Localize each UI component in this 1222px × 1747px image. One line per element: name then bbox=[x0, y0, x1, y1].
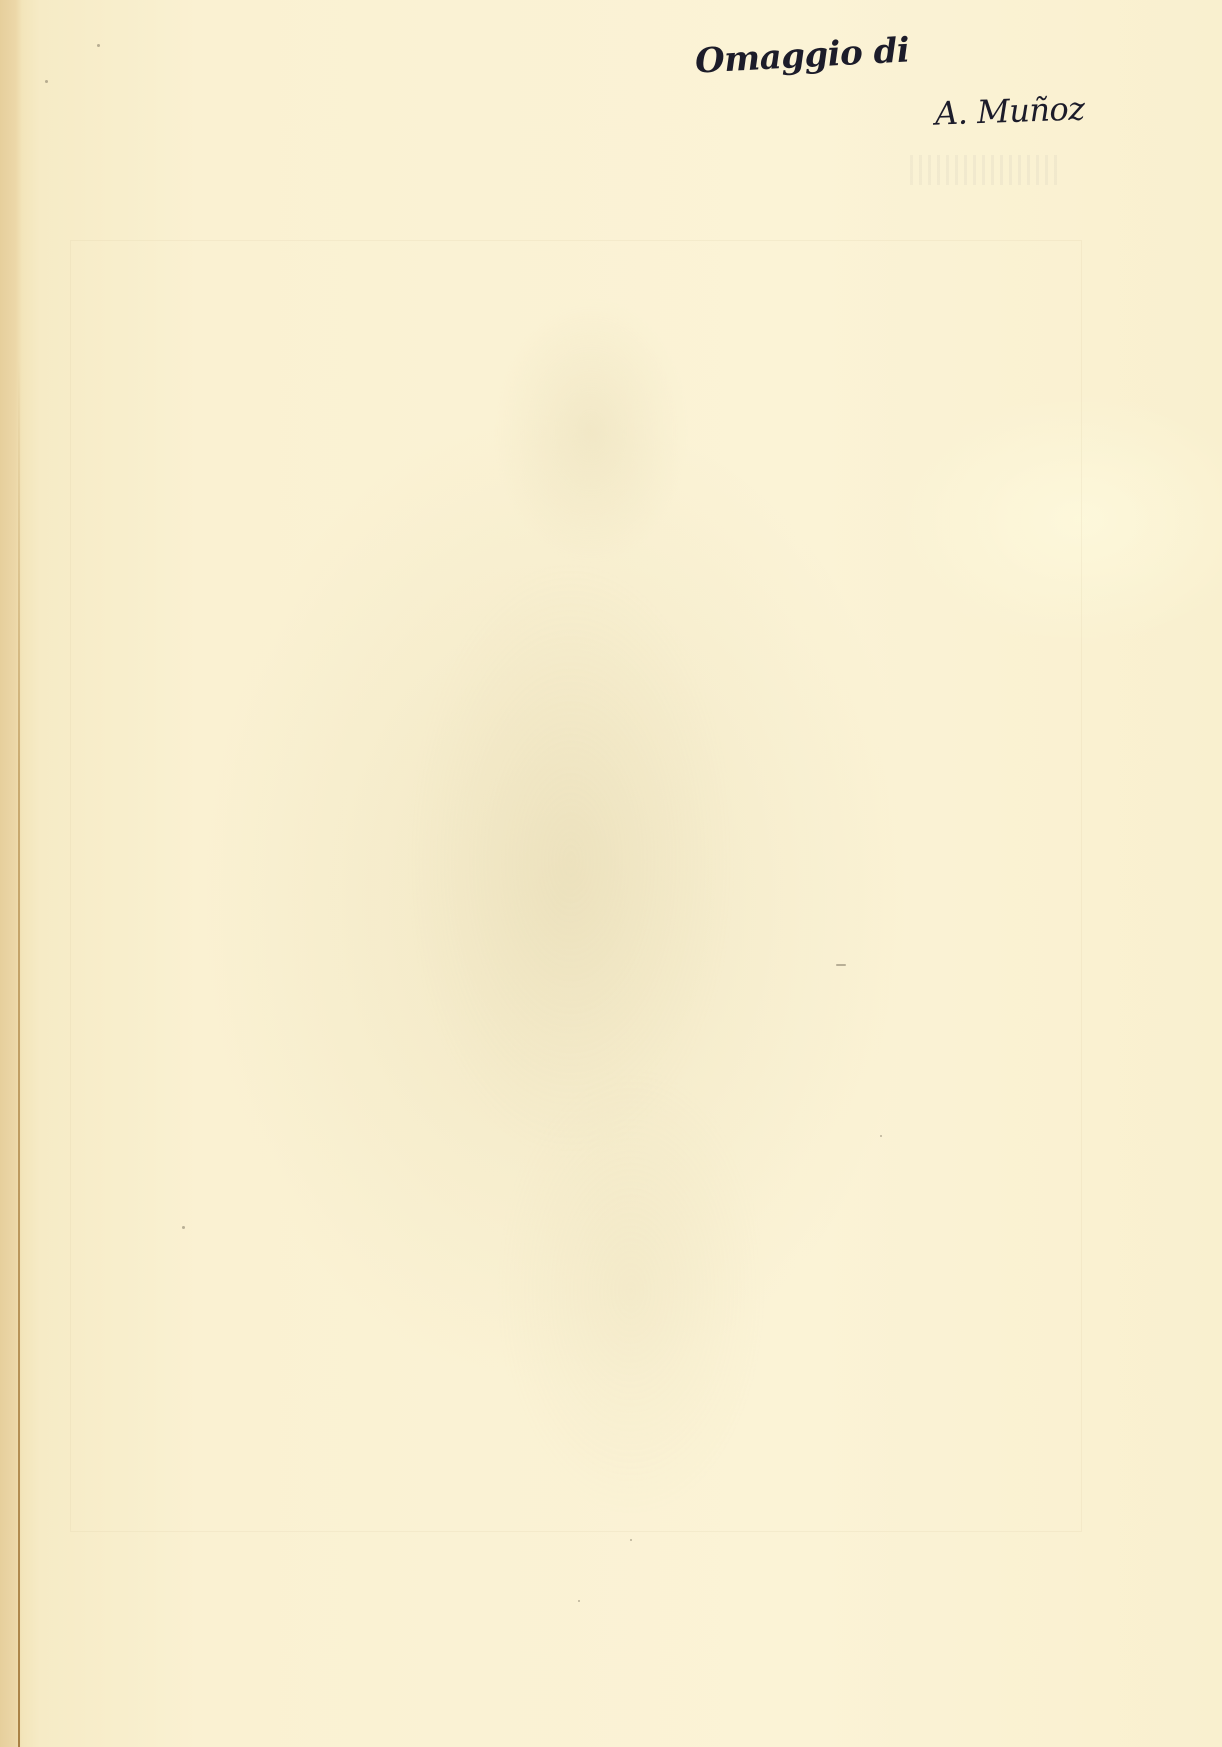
paper-speck bbox=[578, 1600, 580, 1602]
page-fold-line bbox=[18, 360, 20, 1747]
paper-speck bbox=[630, 1539, 632, 1541]
show-through-image bbox=[70, 240, 1082, 1532]
paper-speck bbox=[880, 1135, 882, 1137]
document-page: Omaggio di A. Muñoz bbox=[0, 0, 1222, 1747]
paper-speck bbox=[97, 44, 100, 47]
faded-stamp-residue bbox=[910, 155, 1060, 185]
paper-speck bbox=[182, 1226, 185, 1229]
handwritten-dedication-line1: Omaggio di bbox=[694, 30, 910, 81]
handwritten-signature: A. Muñoz bbox=[934, 89, 1085, 132]
paper-speck bbox=[45, 80, 48, 83]
paper-speck bbox=[836, 964, 846, 966]
